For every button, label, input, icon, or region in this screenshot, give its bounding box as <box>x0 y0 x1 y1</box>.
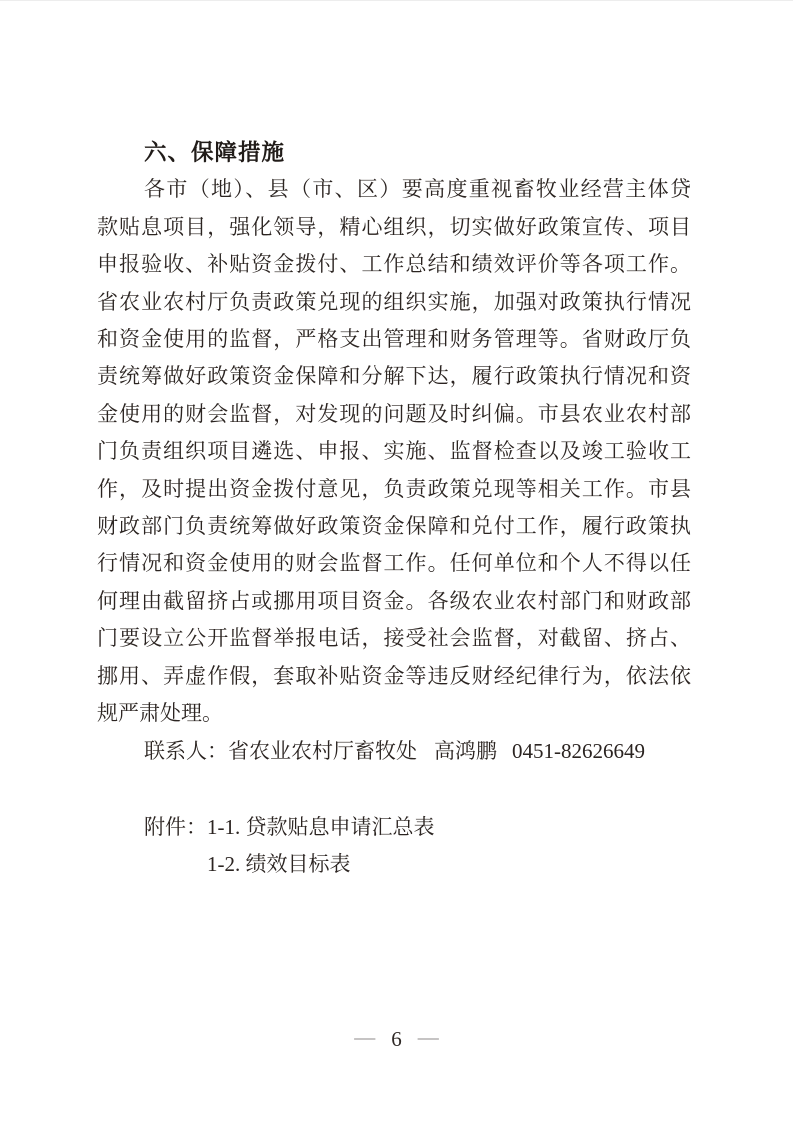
paragraph-line: 财政部门负责统筹做好政策资金保障和兑付工作，履行政策执 <box>97 508 691 545</box>
section-heading: 六、保障措施 <box>97 134 691 171</box>
attachment-item: 1-1. 贷款贴息申请汇总表 <box>207 809 691 846</box>
contact-line: 联系人：省农业农村厅畜牧处高鸿鹏0451-82626649 <box>97 733 691 770</box>
attachments-block: 附件： 1-1. 贷款贴息申请汇总表 1-2. 绩效目标表 <box>97 809 691 884</box>
paragraph-line: 规严肃处理。 <box>97 695 691 732</box>
attachments-label: 附件： <box>144 809 207 884</box>
page-number: 6 <box>391 1027 402 1051</box>
footer-left-dash: — <box>354 1025 375 1049</box>
paragraph-line: 行情况和资金使用的财会监督工作。任何单位和个人不得以任 <box>97 545 691 582</box>
paragraph-line: 省农业农村厅负责政策兑现的组织实施，加强对政策执行情况 <box>97 284 691 321</box>
footer-right-dash: — <box>418 1025 439 1049</box>
paragraph-line: 责统筹做好政策资金保障和分解下达，履行政策执行情况和资 <box>97 358 691 395</box>
paragraph-line: 各市（地）、县（市、区）要高度重视畜牧业经营主体贷 <box>97 171 691 208</box>
contact-label: 联系人： <box>144 739 228 763</box>
paragraph-line: 款贴息项目，强化领导，精心组织，切实做好政策宣传、项目 <box>97 209 691 246</box>
paragraph-line: 和资金使用的监督，严格支出管理和财务管理等。省财政厅负 <box>97 321 691 358</box>
document-body: 六、保障措施 各市（地）、县（市、区）要高度重视畜牧业经营主体贷 款贴息项目，强… <box>97 134 691 884</box>
attachment-item: 1-2. 绩效目标表 <box>207 846 691 883</box>
paragraph-line: 作，及时提出资金拨付意见，负责政策兑现等相关工作。市县 <box>97 471 691 508</box>
contact-phone: 0451-82626649 <box>512 739 645 763</box>
contact-name: 高鸿鹏 <box>434 739 497 763</box>
paragraph-line: 挪用、弄虚作假，套取补贴资金等违反财经纪律行为，依法依 <box>97 658 691 695</box>
paragraph-line: 门负责组织项目遴选、申报、实施、监督检查以及竣工验收工 <box>97 433 691 470</box>
paragraph-line: 门要设立公开监督举报电话，接受社会监督，对截留、挤占、 <box>97 620 691 657</box>
page-footer: —6— <box>0 1024 793 1054</box>
document-page: 六、保障措施 各市（地）、县（市、区）要高度重视畜牧业经营主体贷 款贴息项目，强… <box>0 0 793 1122</box>
paragraph-line: 申报验收、补贴资金拨付、工作总结和绩效评价等各项工作。 <box>97 246 691 283</box>
attachment-items: 1-1. 贷款贴息申请汇总表 1-2. 绩效目标表 <box>207 809 691 884</box>
paragraph-line: 何理由截留挤占或挪用项目资金。各级农业农村部门和财政部 <box>97 583 691 620</box>
paragraph-line: 金使用的财会监督，对发现的问题及时纠偏。市县农业农村部 <box>97 396 691 433</box>
contact-department: 省农业农村厅畜牧处 <box>228 739 417 763</box>
